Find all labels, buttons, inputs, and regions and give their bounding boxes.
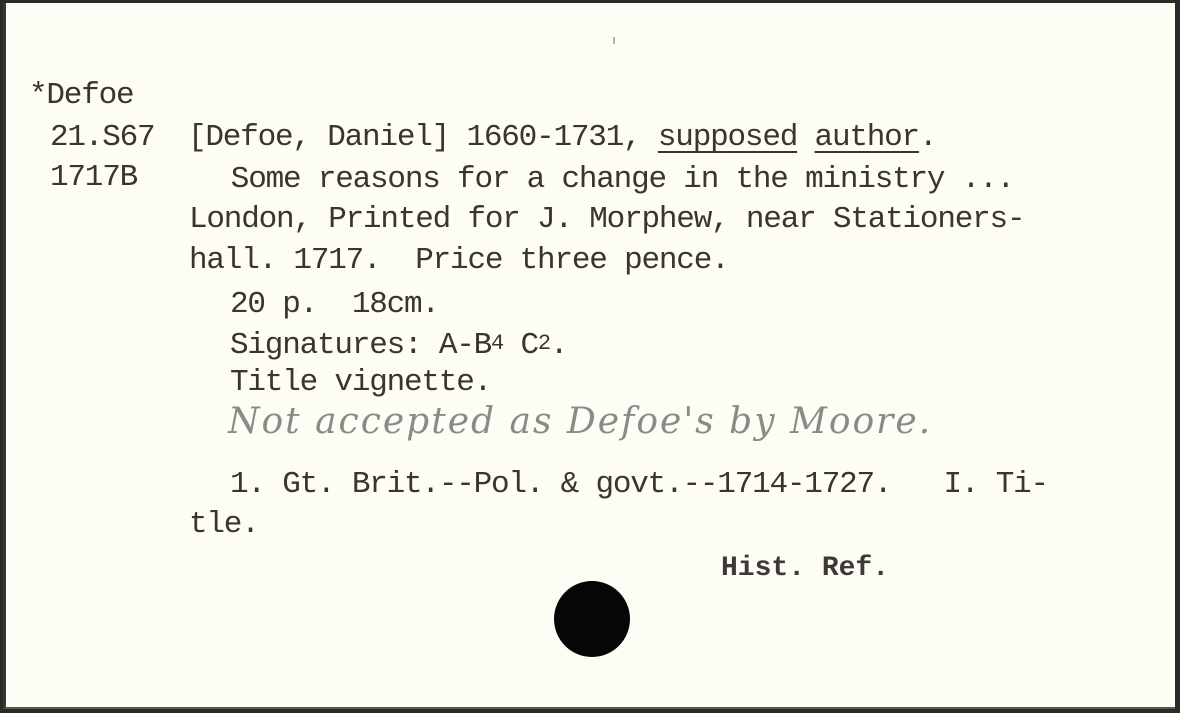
heading-period: .: [919, 120, 936, 155]
relator-author: author: [815, 120, 919, 155]
tracings-line-2: tle.: [189, 505, 259, 545]
signature-exponent-2: 2: [538, 331, 550, 356]
title-line-3: hall. 1717. Price three pence.: [189, 241, 729, 281]
paper-speck: [613, 37, 615, 44]
title-line-2: London, Printed for J. Morphew, near Sta…: [189, 200, 1024, 240]
title-line-1: Some reasons for a change in the ministr…: [196, 160, 1014, 200]
handwritten-annotation: Not accepted as Defoe's by Moore.: [228, 401, 932, 442]
call-number-line-1: *Defoe: [29, 76, 133, 116]
call-number-line-2: 21.S67: [50, 118, 154, 158]
location-stamp: Hist. Ref.: [721, 549, 889, 589]
bracket-open: [: [188, 120, 205, 155]
relator-supposed: supposed: [658, 120, 797, 155]
spacer: [797, 120, 814, 155]
card-punch-hole: [554, 581, 630, 657]
author-name: Defoe, Daniel: [205, 120, 431, 155]
main-entry-heading: [Defoe, Daniel] 1660-1731, supposed auth…: [188, 118, 936, 158]
signatures-gathering: C: [503, 328, 538, 363]
call-number-line-3: 1717B: [50, 158, 137, 198]
collation: 20 p. 18cm.: [230, 285, 439, 325]
signature-exponent-1: 4: [491, 331, 503, 356]
catalog-card: *Defoe 21.S67 1717B [Defoe, Daniel] 1660…: [3, 3, 1175, 709]
signatures-period: .: [550, 328, 567, 363]
tracings-line-1: 1. Gt. Brit.--Pol. & govt.--1714-1727. I…: [230, 465, 1048, 505]
note-title-vignette: Title vignette.: [230, 363, 491, 403]
bracket-close: ]: [432, 120, 449, 155]
signatures-label: Signatures: A-B: [230, 328, 491, 363]
author-dates: 1660-1731,: [449, 120, 658, 155]
signatures: Signatures: A-B4 C2.: [230, 326, 567, 368]
